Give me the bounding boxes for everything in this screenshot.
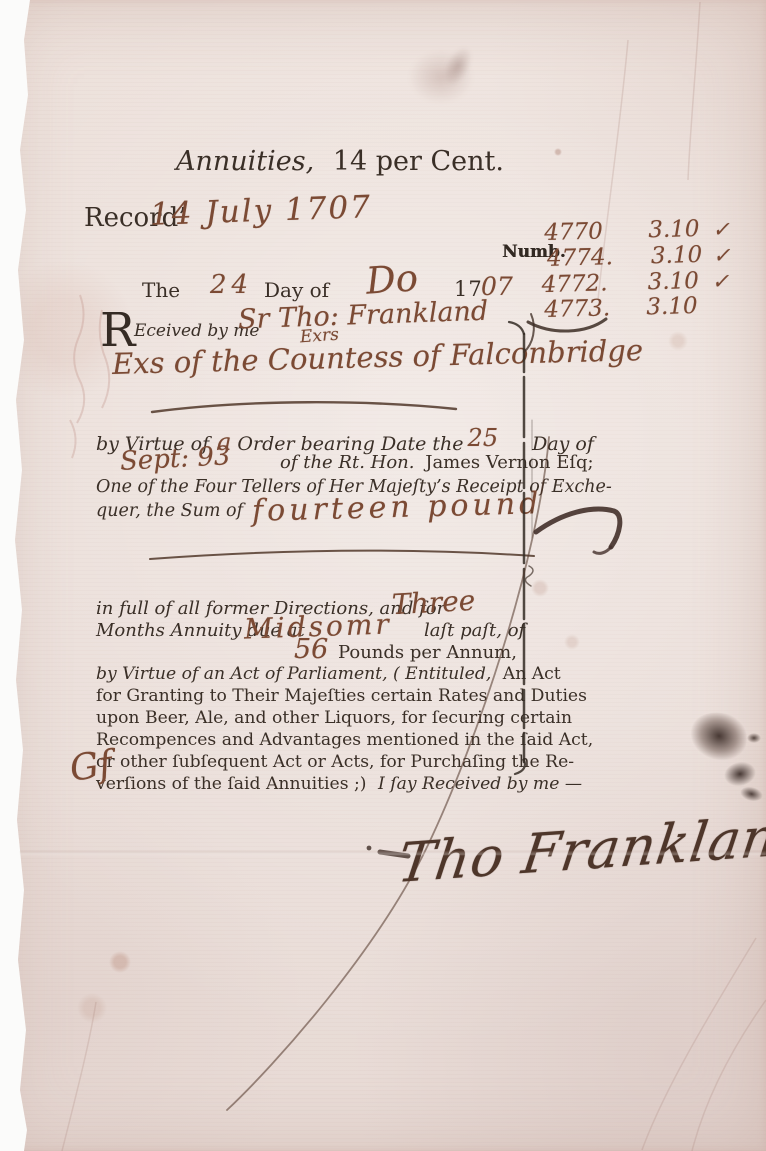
- numb-entry-number: 4773.: [544, 295, 611, 323]
- fold-crease: [20, 851, 766, 855]
- annuity-line-9: verſions of the ſaid Annuities ;) I ſay …: [96, 774, 582, 794]
- numb-entry-check: ✓: [711, 269, 729, 293]
- numb-entry-number: 4772.: [541, 270, 608, 298]
- numb-entry-check: ✓: [712, 217, 730, 241]
- title-rate: 14 per Cent.: [333, 146, 504, 177]
- numb-entry-number: 4770: [544, 218, 603, 246]
- scanned-receipt: Annuities, 14 per Cent. Record’ 14 July …: [0, 0, 766, 1151]
- numb-entry-check: ✓: [713, 243, 731, 267]
- annuity-line-8: or other ſubſequent Act or Acts, for Pur…: [96, 752, 574, 772]
- page-title: Annuities, 14 per Cent.: [176, 146, 504, 177]
- numb-entry-amount: 3.10: [646, 293, 698, 320]
- numb-entry-number: 4774.: [547, 244, 614, 272]
- numb-entry-amount: 3.10: [647, 268, 699, 295]
- date-line-dayof: Day of: [264, 278, 329, 302]
- annuity-line-6: upon Beer, Ale, and other Liquors, for ſ…: [96, 708, 572, 728]
- date-line-month-handwritten: Do: [365, 256, 420, 303]
- order-sept93-handwritten: Sept: 93: [119, 441, 231, 477]
- annuity-line-3: Pounds per Annum,: [338, 642, 517, 663]
- date-line-day-handwritten: 24: [210, 270, 253, 300]
- months-handwritten: Three: [391, 584, 476, 621]
- pounds-per-annum-handwritten: 56: [294, 634, 328, 665]
- title-word: Annuities,: [176, 146, 314, 177]
- numb-entry-amount: 3.10: [651, 242, 703, 269]
- annuity-line-5: for Granting to Their Majeſties certain …: [96, 686, 587, 706]
- numb-entry-amount: 3.10: [648, 216, 700, 243]
- annuity-line-7: Recompences and Advantages mentioned in …: [96, 730, 593, 750]
- order-day25-handwritten: 25: [468, 424, 499, 452]
- order-line-4: quer, the Sum of: [96, 501, 243, 521]
- annuity-line-2c: laſt paſt, of: [424, 620, 525, 641]
- margin-mark-handwritten: Gf: [67, 743, 114, 789]
- received-dropcap: R: [100, 312, 135, 350]
- order-line-2: of the Rt. Hon. James Vernon Eſq;: [280, 452, 594, 473]
- annuity-line-4: by Virtue of an Act of Parliament, ( Ent…: [96, 664, 561, 684]
- date-line-the: The: [142, 278, 180, 302]
